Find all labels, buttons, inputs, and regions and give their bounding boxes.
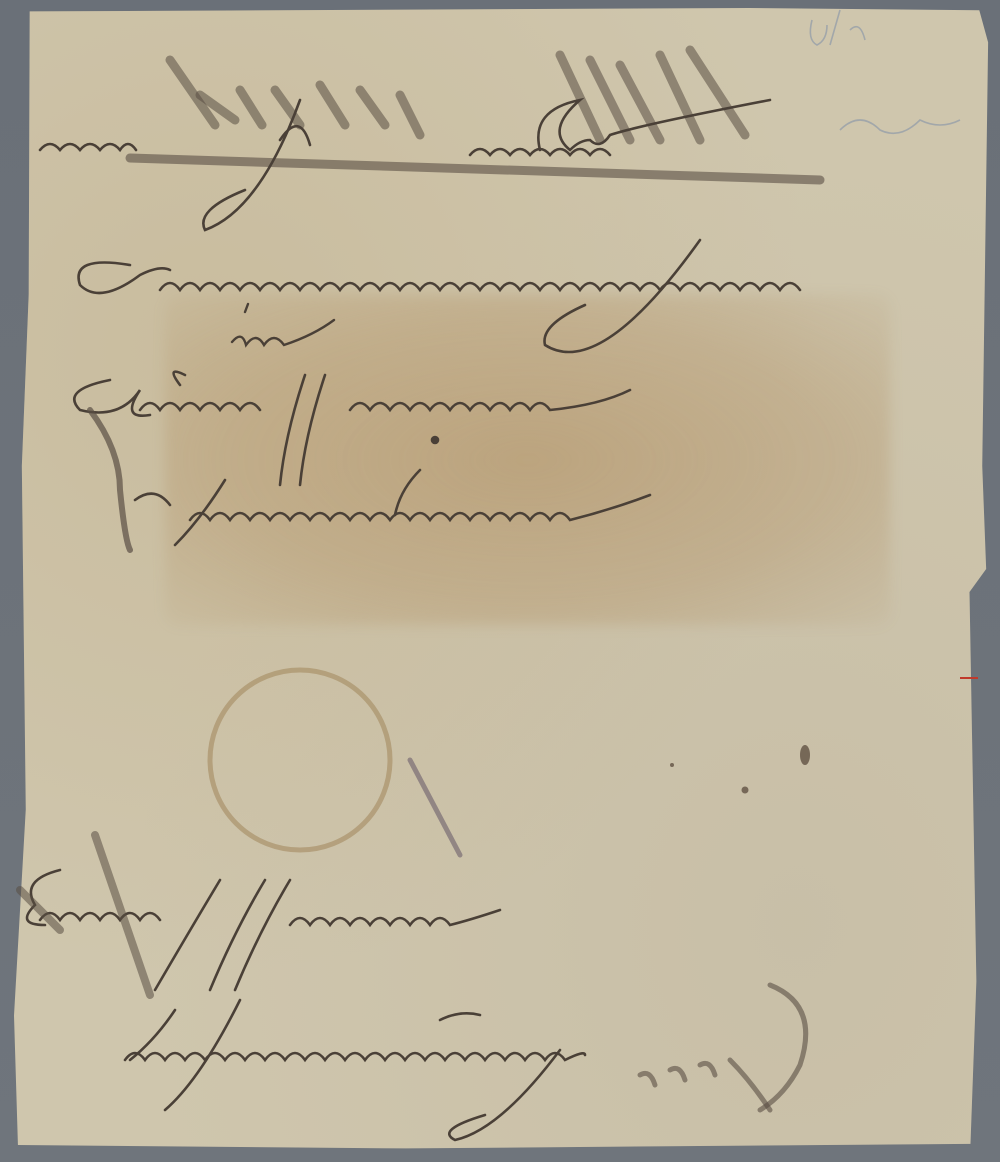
ink-flourish [90,410,130,550]
handwritten-line-2 [79,240,800,352]
pencil-annotation [810,10,960,133]
handwritten-line-7 [125,1000,585,1140]
ink-dots [670,745,810,794]
offset-mirror-text [170,50,745,140]
offset-underline [130,158,820,180]
handwritten-line-3 [232,304,334,345]
handwritten-line-5 [135,470,650,545]
postmark-stroke [410,760,460,855]
handwriting-layer [0,0,1000,1162]
offset-bottom-word [640,985,806,1110]
handwritten-line-6 [27,870,500,990]
circular-postmark [210,670,390,850]
handwritten-line-4 [74,372,630,485]
